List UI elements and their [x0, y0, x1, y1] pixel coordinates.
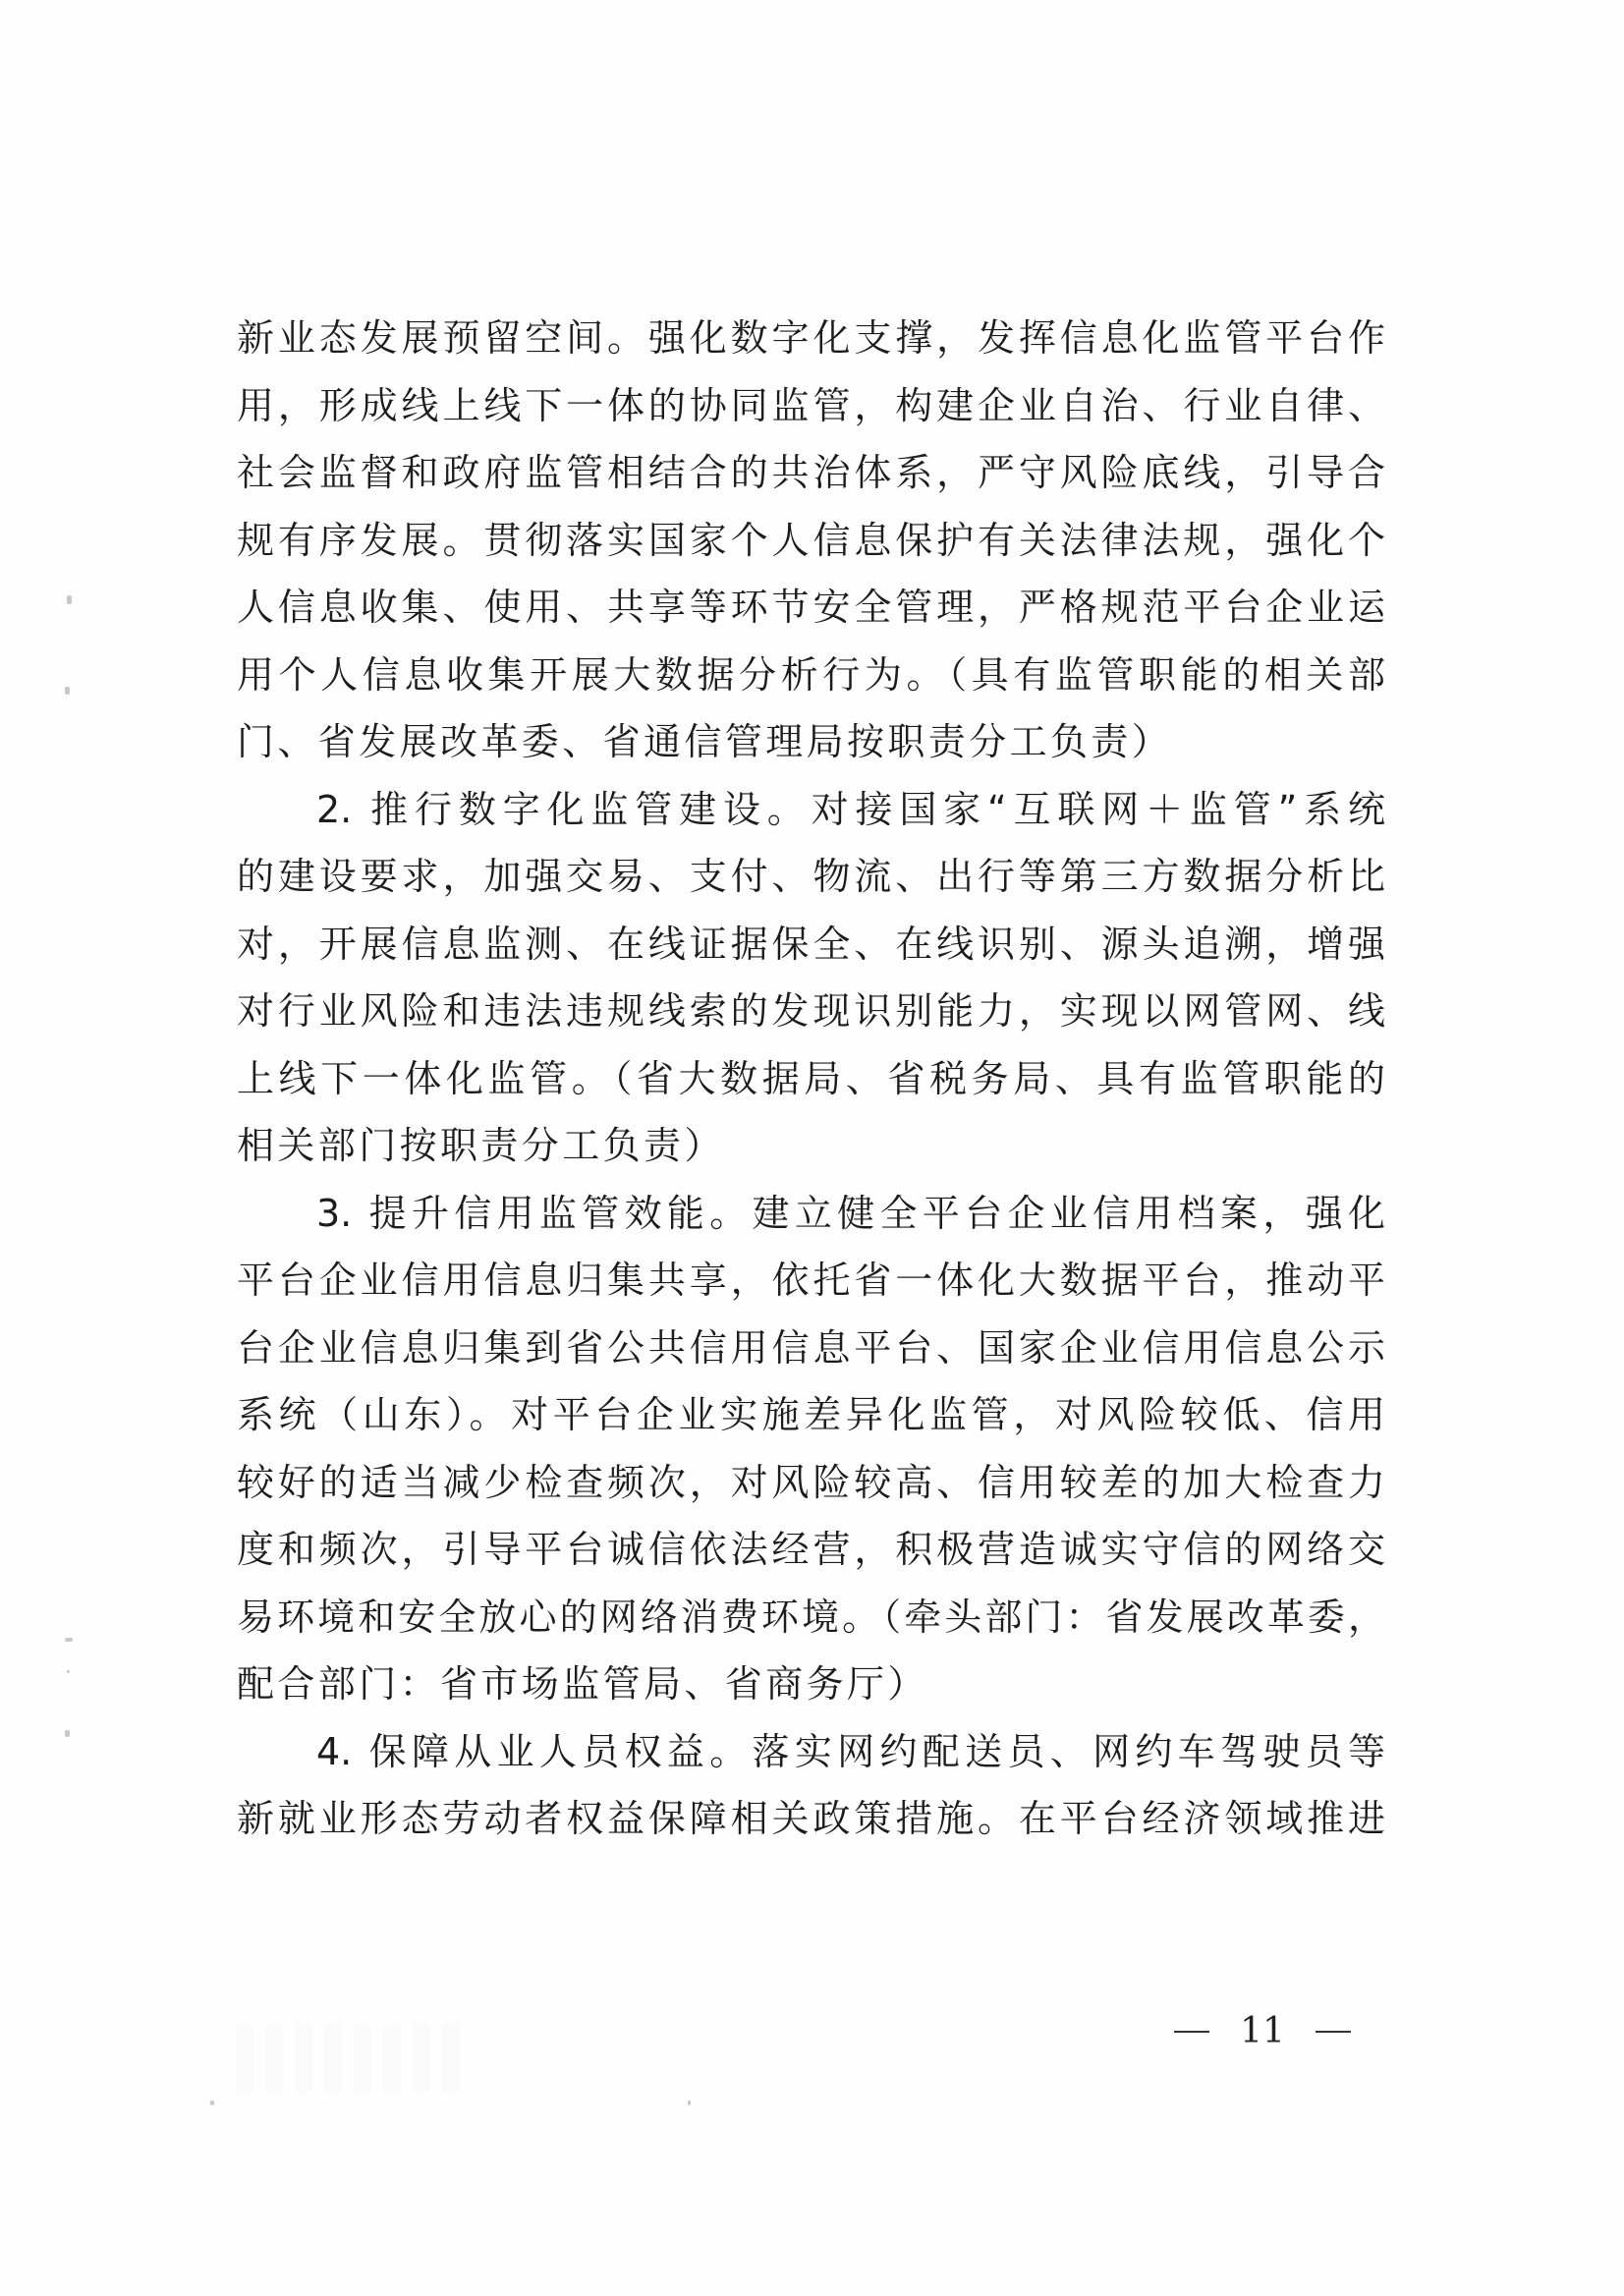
section-heading-line-4: 4. 保障从业人员权益。落实网约配送员、网约车驾驶员等	[237, 1726, 1385, 1794]
text-line: 台企业信息归集到省公共信用信息平台、国家企业信用信息公示	[237, 1322, 1385, 1390]
margin-mark	[65, 687, 70, 695]
bleed-through	[236, 2024, 462, 2093]
page-number: 11	[1174, 2007, 1351, 2056]
text-line: 社会监督和政府监管相结合的共治体系，严守风险底线，引导合	[237, 447, 1385, 515]
margin-mark	[67, 1670, 70, 1673]
section-heading-line-3: 3. 提升信用监管效能。建立健全平台企业信用档案，强化	[237, 1188, 1385, 1256]
text-line: 人信息收集、使用、共享等环节安全管理，严格规范平台企业运	[237, 582, 1385, 649]
text-line: 平台企业信用信息归集共享，依托省一体化大数据平台，推动平	[237, 1255, 1385, 1322]
margin-mark	[688, 2100, 691, 2105]
margin-mark	[210, 2100, 214, 2105]
page-number-dash-right	[1316, 2031, 1351, 2033]
page-number-dash-left	[1174, 2031, 1209, 2033]
text-line-paragraph-end: 相关部门按职责分工负责）	[237, 1120, 1385, 1188]
text-line: 对行业风险和违法违规线索的发现识别能力，实现以网管网、线	[237, 985, 1385, 1053]
page-number-value: 11	[1240, 2007, 1285, 2056]
text-line: 易环境和安全放心的网络消费环境。（牵头部门：省发展改革委，	[237, 1592, 1385, 1659]
text-line: 的建设要求，加强交易、支付、物流、出行等第三方数据分析比	[237, 851, 1385, 919]
margin-mark	[65, 1730, 70, 1737]
text-line: 系统（山东）。对平台企业实施差异化监管，对风险较低、信用	[237, 1389, 1385, 1457]
text-line-paragraph-end: 门、省发展改革委、省通信管理局按职责分工负责）	[237, 716, 1385, 784]
section-heading-line-2: 2. 推行数字化监管建设。对接国家“互联网＋监管”系统	[237, 784, 1385, 852]
text-line: 规有序发展。贯彻落实国家个人信息保护有关法律法规，强化个	[237, 515, 1385, 583]
text-line: 新业态发展预留空间。强化数字化支撑，发挥信息化监管平台作	[237, 312, 1385, 380]
margin-mark	[65, 1638, 73, 1642]
text-line: 较好的适当减少检查频次，对风险较高、信用较差的加大检查力	[237, 1457, 1385, 1525]
text-line: 度和频次，引导平台诚信依法经营，积极营造诚实守信的网络交	[237, 1524, 1385, 1592]
text-line: 用个人信息收集开展大数据分析行为。（具有监管职能的相关部	[237, 649, 1385, 717]
margin-mark	[67, 595, 72, 604]
text-line-paragraph-end: 配合部门：省市场监管局、省商务厅）	[237, 1658, 1385, 1726]
text-line: 对，开展信息监测、在线证据保全、在线识别、源头追溯，增强	[237, 919, 1385, 986]
text-line: 用，形成线上线下一体的协同监管，构建企业自治、行业自律、	[237, 380, 1385, 448]
text-line: 新就业形态劳动者权益保障相关政策措施。在平台经济领域推进	[237, 1793, 1385, 1861]
document-body: 新业态发展预留空间。强化数字化支撑，发挥信息化监管平台作 用，形成线上线下一体的…	[237, 312, 1385, 1861]
document-page: 新业态发展预留空间。强化数字化支撑，发挥信息化监管平台作 用，形成线上线下一体的…	[0, 0, 1624, 2296]
text-line: 上线下一体化监管。（省大数据局、省税务局、具有监管职能的	[237, 1053, 1385, 1121]
